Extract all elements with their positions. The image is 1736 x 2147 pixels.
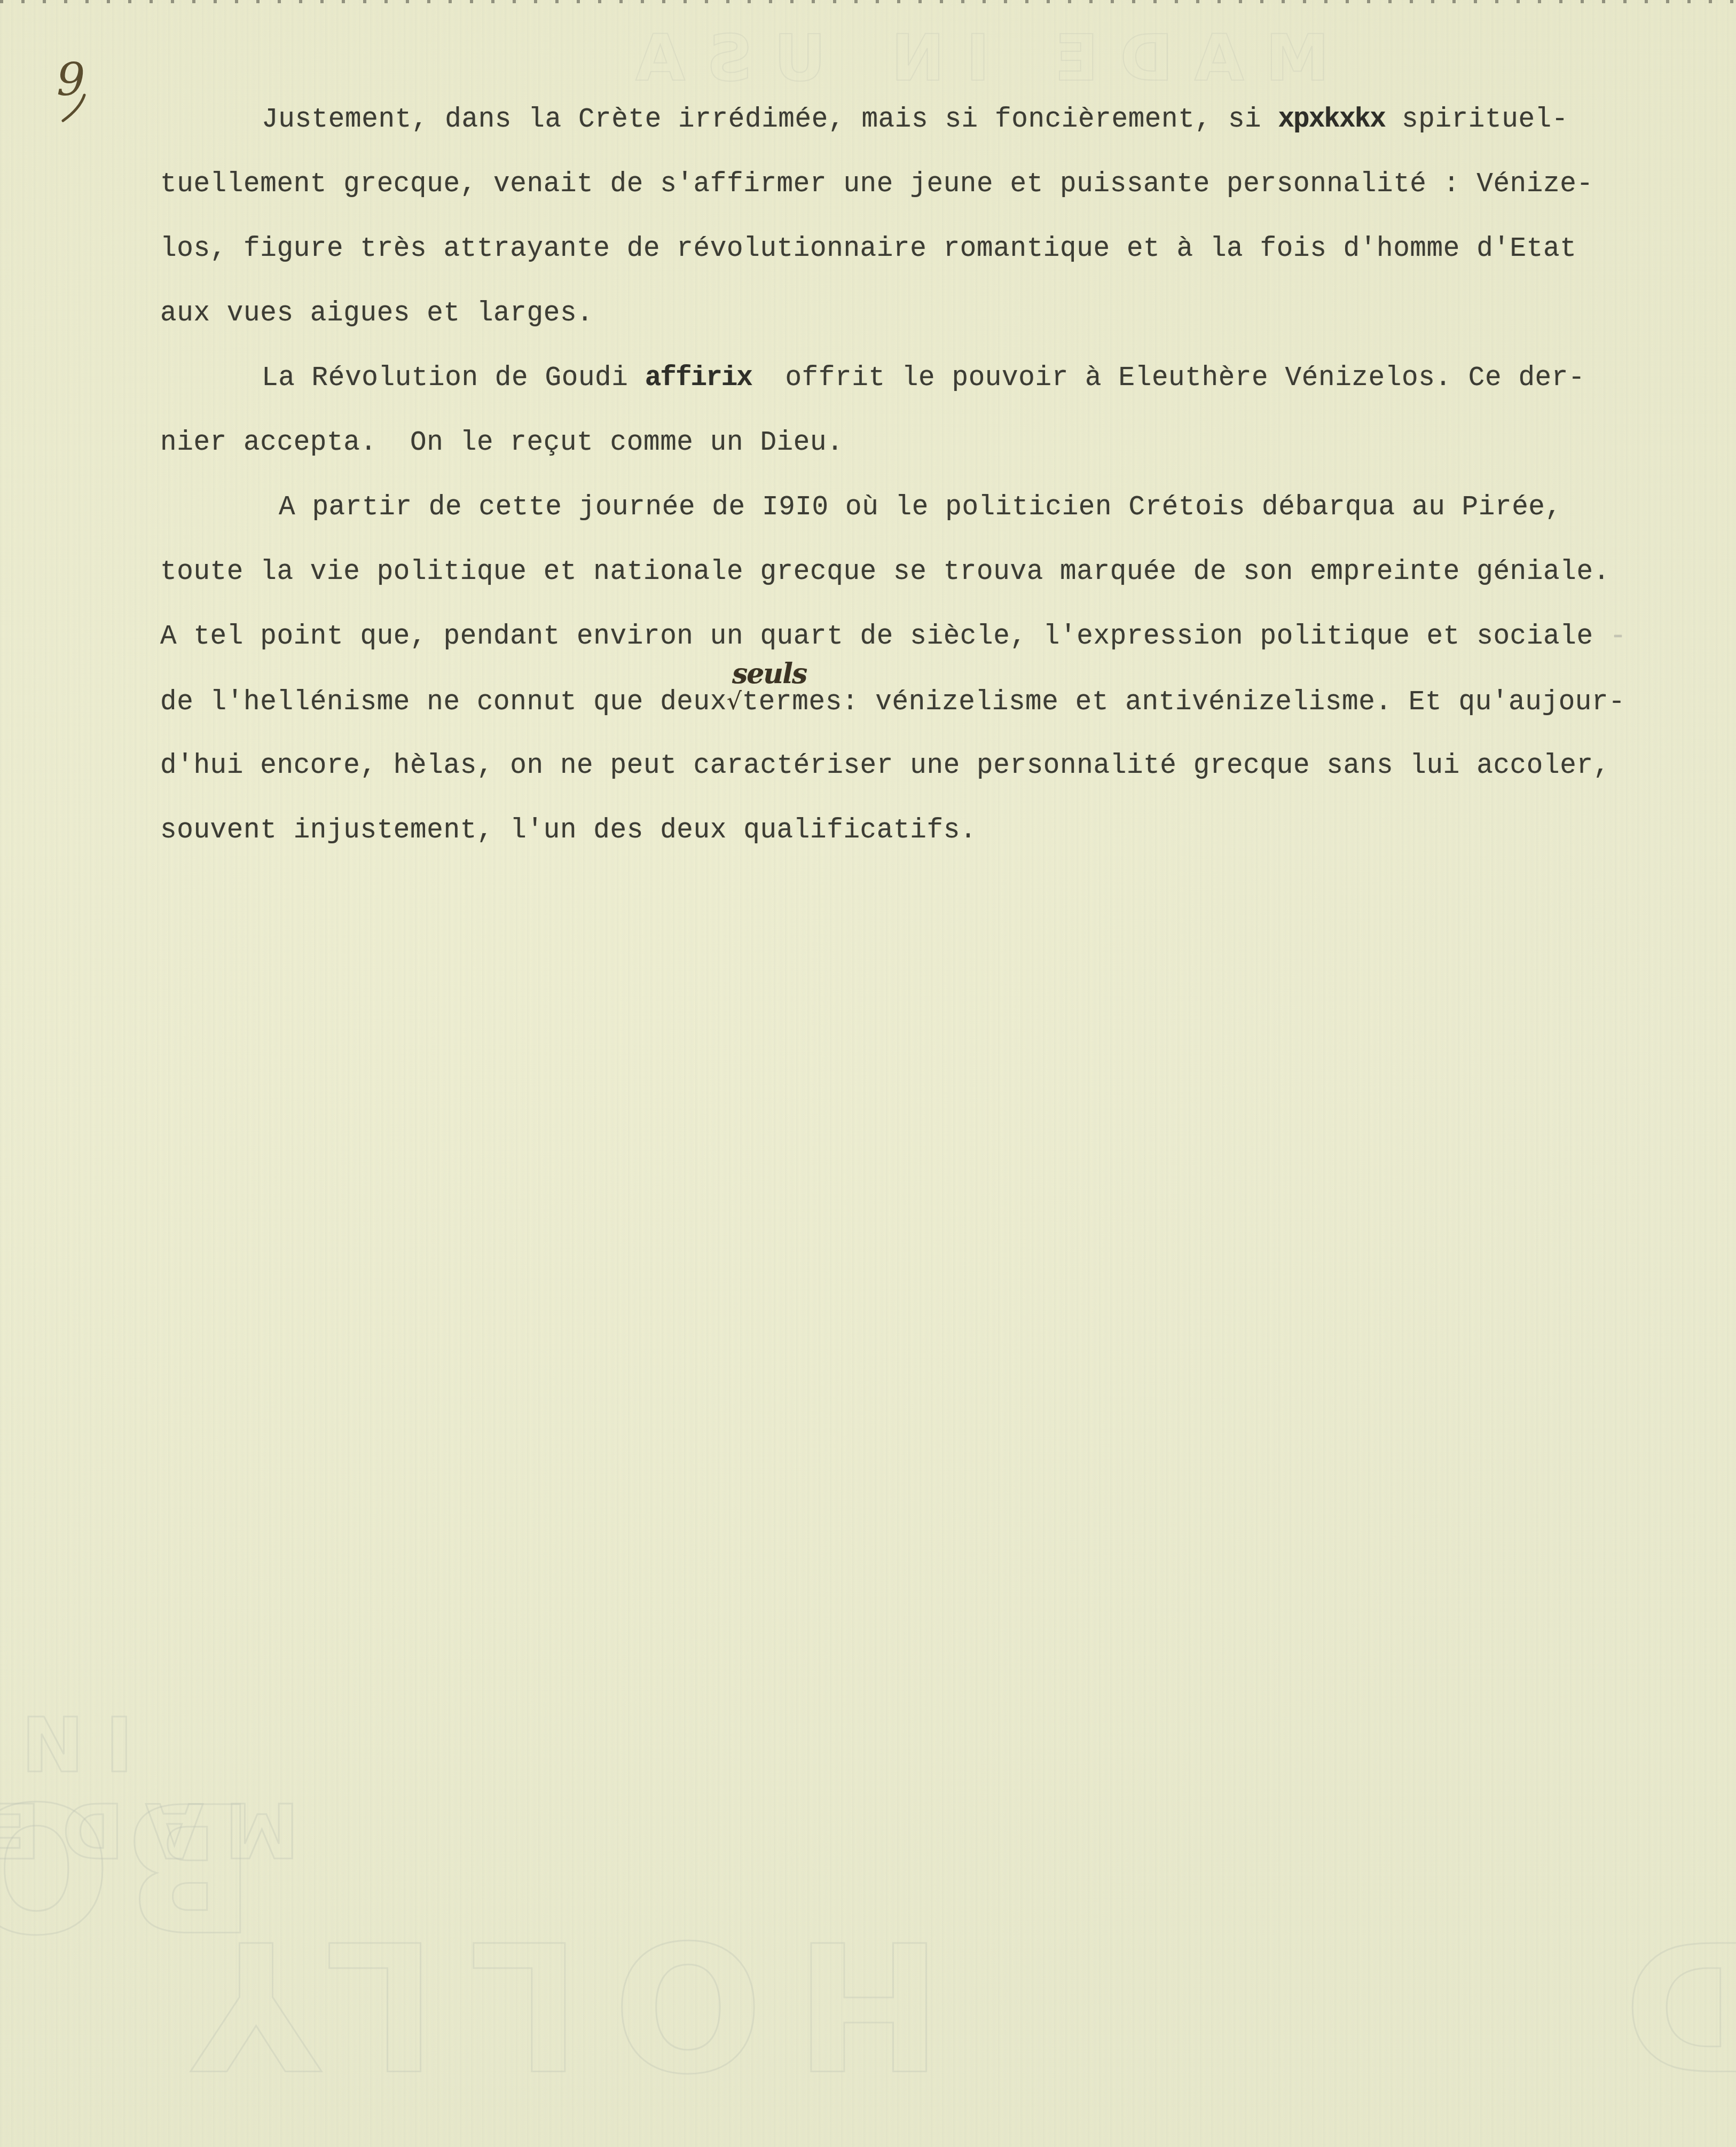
paragraph-3-line-6: souvent injustement, l'un des deux quali…	[160, 810, 1693, 874]
handwritten-insertion: seuls	[732, 653, 806, 695]
insertion-point: seuls√	[727, 680, 742, 724]
watermark-top: MADE IN USA	[614, 21, 1329, 96]
watermark-d: D	[1602, 1901, 1736, 2106]
paragraph-1-line-2: tuellement grecque, venait de s'affirmer…	[160, 163, 1693, 228]
handwritten-page-number: 9	[53, 58, 117, 127]
paragraph-3-line-4: de l'hellénisme ne connut que deuxseuls√…	[160, 680, 1693, 745]
paragraph-1-line-3: los, figure très attrayante de révolutio…	[160, 228, 1693, 293]
typed-text-body: Justement, dans la Crète irrédimée, mais…	[160, 99, 1693, 874]
paragraph-1-line-1: Justement, dans la Crète irrédimée, mais…	[160, 99, 1693, 163]
text-segment: Justement, dans la Crète irrédimée, mais…	[262, 105, 1278, 135]
struck-out-text: xpxkxkx	[1278, 105, 1385, 135]
text-segment: offrit le pouvoir à Eleuthère Vénizelos.…	[752, 363, 1585, 394]
stray-mark: -	[1593, 622, 1627, 652]
text-segment: termes: vénizelisme et antivénizelisme. …	[742, 687, 1625, 718]
paragraph-3-line-2: toute la vie politique et nationale grec…	[160, 551, 1693, 616]
text-segment: de l'hellénisme ne connut que deux	[160, 687, 727, 718]
paragraph-2-line-2: nier accepta. On le reçut comme un Dieu.	[160, 422, 1693, 487]
struck-out-text: affirix	[645, 363, 752, 394]
text-segment: La Révolution de Goudi	[262, 363, 645, 394]
text-segment: A tel point que, pendant environ un quar…	[160, 622, 1593, 652]
text-segment: A partir de cette journée de I9I0 où le …	[279, 492, 1562, 523]
paragraph-3-line-1: A partir de cette journée de I9I0 où le …	[160, 487, 1693, 551]
watermark-holly: HOLLY	[160, 1901, 942, 2106]
paragraph-2-line-1: La Révolution de Goudi affirix offrit le…	[160, 357, 1693, 422]
page-number-slash-mark	[53, 58, 117, 127]
page-top-edge	[0, 0, 1736, 3]
paragraph-3-line-5: d'hui encore, hèlas, on ne peut caractér…	[160, 745, 1693, 810]
paragraph-3-line-3: A tel point que, pendant environ un quar…	[160, 616, 1693, 680]
text-segment: spirituel-	[1385, 105, 1568, 135]
paragraph-1-line-4: aux vues aigues et larges.	[160, 293, 1693, 357]
